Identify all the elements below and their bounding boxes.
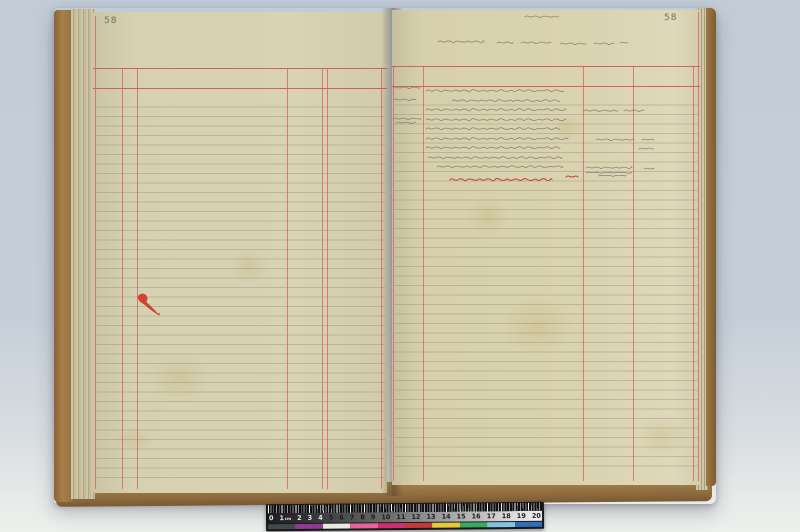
ledger-book: 58 58 [54,8,716,504]
ruler-number: 8 [360,514,365,521]
right-page-number: 58 [664,13,677,23]
feint-ruled-lines [95,98,385,480]
ruler-number: 7 [350,514,355,521]
ruler-number: 17 [487,513,496,520]
ruler-number: 2 [297,515,302,522]
calibration-color-patch [378,523,405,528]
photo-scale-ruler: 01cm234567891011121314151617181920 [266,502,544,531]
ruler-number: 1cm [280,515,292,522]
paper-stain [228,247,270,285]
left-page: 58 [93,12,387,493]
ruler-number: 9 [371,514,376,521]
paper-stain [637,415,689,457]
calibration-color-patch [323,523,350,528]
header-rule-line [392,86,700,87]
calibration-color-patch [295,524,322,529]
ruler-number: 12 [411,514,420,521]
header-rule-line [392,66,700,67]
ruler-number: 15 [457,513,466,520]
left-page-number: 58 [104,16,117,26]
column-rule [698,12,699,481]
calibration-color-patch [515,522,542,527]
ruler-number: 18 [502,513,511,520]
photo-of-open-ledger: 58 58 [0,0,800,532]
calibration-color-patch [487,522,514,527]
calibration-color-patch [268,524,295,529]
ruler-number: 16 [472,513,481,520]
paper-stain [148,352,210,404]
ruler-number: 10 [381,514,390,521]
ruler-number: 19 [517,513,526,520]
calibration-color-patch [432,523,459,528]
left-page-stack-edges [71,9,95,499]
book-right-cover-edge [706,8,716,486]
calibration-color-patch [405,523,432,528]
ruler-number: 11 [396,514,405,521]
paper-stain [502,295,574,357]
ruler-color-patches [268,522,542,529]
ruler-number: 14 [442,513,451,520]
ruler-unit-label: cm [285,516,292,521]
ruler-number: 3 [308,515,313,522]
ruler-number: 13 [426,513,435,520]
ruler-number: 20 [532,513,541,520]
calibration-color-patch [460,522,487,527]
calibration-color-patch [350,523,377,528]
ruler-number: 6 [339,514,344,521]
ruler-number: 0 [269,515,274,522]
ruler-number: 5 [329,514,334,521]
paper-stain [118,427,154,453]
right-page: 58 [392,10,700,485]
paper-stain [552,115,584,141]
paper-stain [467,195,509,237]
ruler-number: 4 [318,514,323,521]
